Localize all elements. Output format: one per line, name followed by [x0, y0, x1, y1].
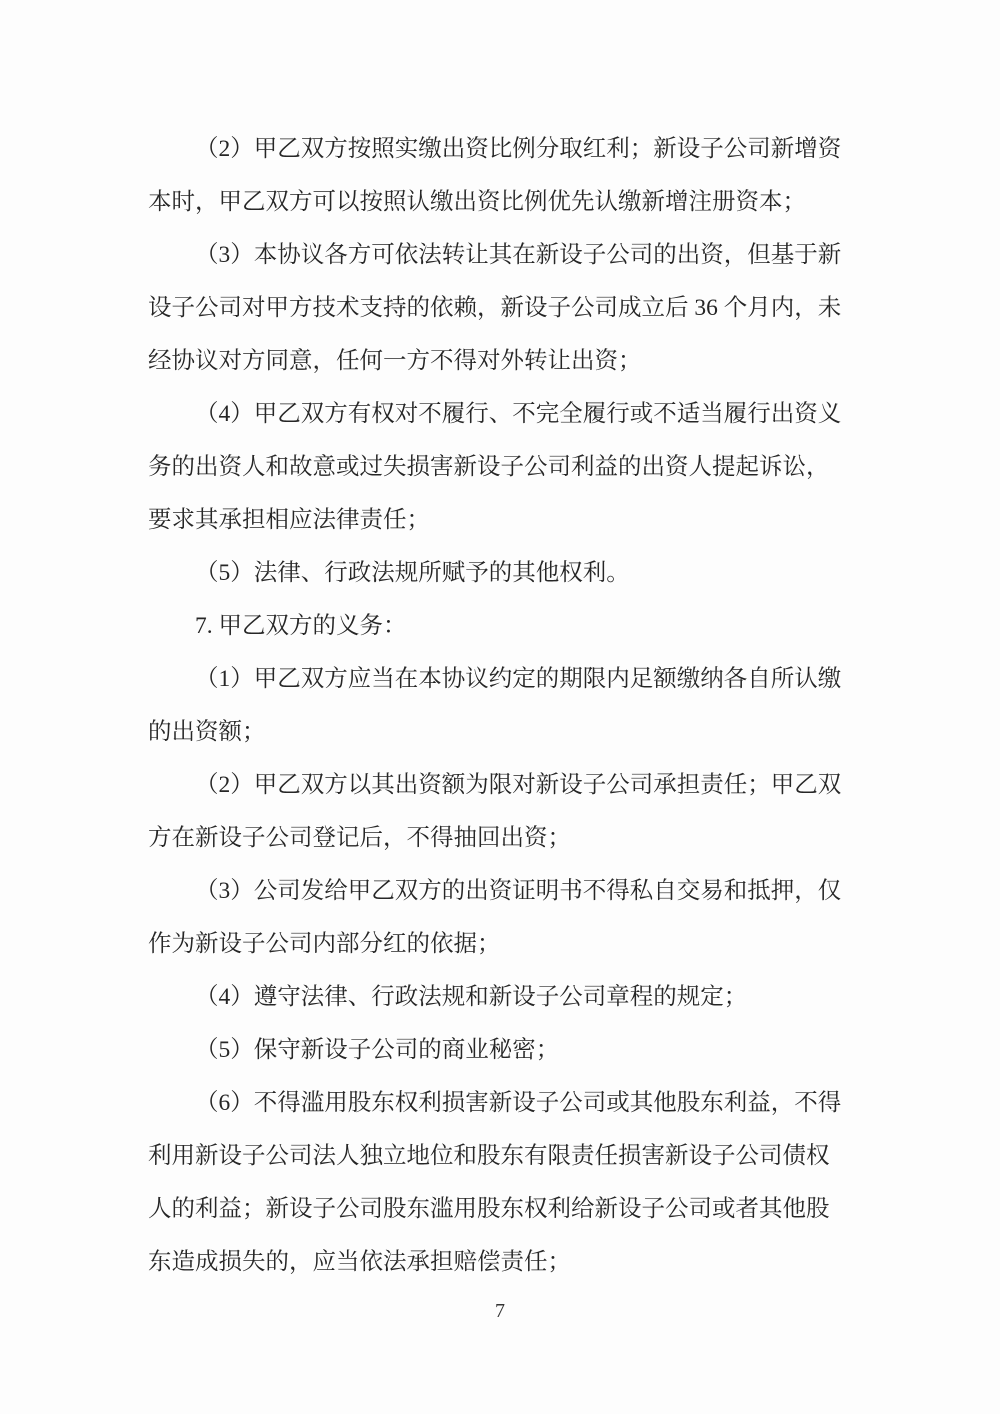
page-footer: 7 — [0, 1299, 1000, 1323]
text-line: 设子公司对甲方技术支持的依赖，新设子公司成立后 36 个月内，未 — [148, 282, 856, 335]
text-line: 务的出资人和故意或过失损害新设子公司利益的出资人提起诉讼， — [148, 441, 856, 494]
text-line: （4）遵守法律、行政法规和新设子公司章程的规定； — [148, 971, 856, 1024]
text-line: 经协议对方同意，任何一方不得对外转让出资； — [148, 335, 856, 388]
text-line: 的出资额； — [148, 706, 856, 759]
document-page: （2）甲乙双方按照实缴出资比例分取红利；新设子公司新增资 本时，甲乙双方可以按照… — [0, 0, 1000, 1414]
text-line: （4）甲乙双方有权对不履行、不完全履行或不适当履行出资义 — [148, 388, 856, 441]
text-line: 方在新设子公司登记后，不得抽回出资； — [148, 812, 856, 865]
text-line: 作为新设子公司内部分红的依据； — [148, 918, 856, 971]
text-line: （1）甲乙双方应当在本协议约定的期限内足额缴纳各自所认缴 — [148, 653, 856, 706]
text-line: 利用新设子公司法人独立地位和股东有限责任损害新设子公司债权 — [148, 1130, 856, 1183]
text-line: 人的利益；新设子公司股东滥用股东权利给新设子公司或者其他股 — [148, 1183, 856, 1236]
text-line: 本时，甲乙双方可以按照认缴出资比例优先认缴新增注册资本； — [148, 176, 856, 229]
text-line: （5）保守新设子公司的商业秘密； — [148, 1024, 856, 1077]
text-line: （6）不得滥用股东权利损害新设子公司或其他股东利益，不得 — [148, 1077, 856, 1130]
page-number: 7 — [495, 1299, 505, 1323]
text-line: （2）甲乙双方以其出资额为限对新设子公司承担责任；甲乙双 — [148, 759, 856, 812]
text-line: （2）甲乙双方按照实缴出资比例分取红利；新设子公司新增资 — [148, 123, 856, 176]
document-body: （2）甲乙双方按照实缴出资比例分取红利；新设子公司新增资 本时，甲乙双方可以按照… — [0, 0, 1000, 1289]
text-line: 要求其承担相应法律责任； — [148, 494, 856, 547]
text-line: （3）公司发给甲乙双方的出资证明书不得私自交易和抵押，仅 — [148, 865, 856, 918]
text-line: 东造成损失的，应当依法承担赔偿责任； — [148, 1236, 856, 1289]
text-line: （3）本协议各方可依法转让其在新设子公司的出资，但基于新 — [148, 229, 856, 282]
text-line: （5）法律、行政法规所赋予的其他权利。 — [148, 547, 856, 600]
section-heading: 7. 甲乙双方的义务： — [148, 600, 856, 653]
